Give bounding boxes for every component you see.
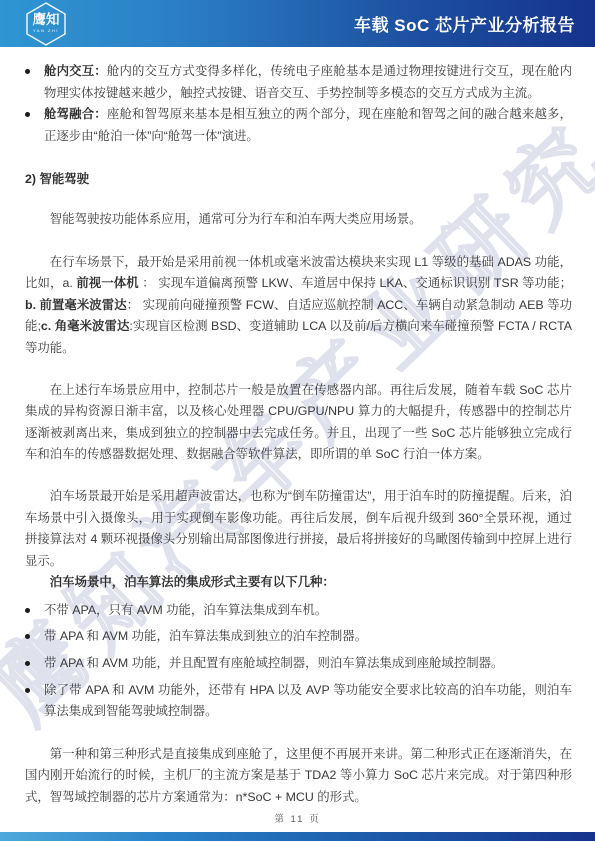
bullet-icon [25,61,44,74]
text-run: 带 APA 和 AVM 功能，并且配置有座舱域控制器，则泊车算法集成到座舱域控制… [44,656,503,670]
hexagon-logo-icon: 鹰知 YAN ZHI [20,2,72,46]
list-item: 舱内交互：舱内的交互方式变得多样化，传统电子座舱基本是通过物理按键进行交互，现在… [25,61,572,104]
text-run: 在上述行车场景应用中，控制芯片一般是放置在传感器内部。再往后发展，随着车载 So… [25,383,572,462]
bold-text-run: b. 前置毫米波雷达 [25,298,127,312]
company-logo: 鹰知 YAN ZHI [20,2,72,46]
list-item: 不带 APA，只有 AVM 功能，泊车算法集成到车机。 [25,600,572,622]
list-item-text: 除了带 APA 和 AVM 功能外，还带有 HPA 以及 AVP 等功能安全要求… [44,680,572,723]
list-item-text: 带 APA 和 AVM 功能，并且配置有座舱域控制器，则泊车算法集成到座舱域控制… [44,653,572,675]
list-item: 舱驾融合：座舱和智驾原来基本是相互独立的两个部分，现在座舱和智驾之间的融合越来越… [25,104,572,147]
text-run: 舱内的交互方式变得多样化，传统电子座舱基本是通过物理按键进行交互，现在舱内物理实… [44,64,572,100]
list-item: 带 APA 和 AVM 功能，并且配置有座舱域控制器，则泊车算法集成到座舱域控制… [25,653,572,675]
paragraph: 泊车场景中，泊车算法的集成形式主要有以下几种： [25,572,572,594]
bold-text-run: 2) 智能驾驶 [25,172,89,186]
bold-text-run: 泊车场景中，泊车算法的集成形式主要有以下几种： [50,575,335,589]
bold-text-run: 前视一体机 [76,276,138,290]
paragraph: 在行车场景下，最开始是采用前视一体机或毫米波雷达模块来实现 L1 等级的基础 A… [25,252,572,360]
list-item: 带 APA 和 AVM 功能，泊车算法集成到独立的泊车控制器。 [25,626,572,648]
list-item-text: 舱内交互：舱内的交互方式变得多样化，传统电子座舱基本是通过物理按键进行交互，现在… [44,61,572,104]
bullet-list: 舱内交互：舱内的交互方式变得多样化，传统电子座舱基本是通过物理按键进行交互，现在… [25,61,572,147]
list-item-text: 舱驾融合：座舱和智驾原来基本是相互独立的两个部分，现在座舱和智驾之间的融合越来越… [44,104,572,147]
paragraph: 智能驾驶按功能体系应用，通常可分为行车和泊车两大类应用场景。 [25,209,572,231]
bold-text-run: c. 角毫米波雷达 [41,319,130,333]
page-number: 第 11 页 [0,811,595,825]
text-run: 泊车场景最开始是采用超声波雷达，也称为“倒车防撞雷达”，用于泊车时的防撞提醒。后… [25,489,572,568]
list-item: 除了带 APA 和 AVM 功能外，还带有 HPA 以及 AVP 等功能安全要求… [25,680,572,723]
bold-text-run: 舱内交互： [44,64,107,78]
list-item-text: 不带 APA，只有 AVM 功能，泊车算法集成到车机。 [44,600,572,622]
text-run: 座舱和智驾原来基本是相互独立的两个部分，现在座舱和智驾之间的融合越来越多，正逐步… [44,107,572,143]
logo-text: 鹰知 [33,11,60,27]
text-run: 智能驾驶按功能体系应用，通常可分为行车和泊车两大类应用场景。 [50,212,422,226]
text-run: 第一种和第三种形式是直接集成到座舱了，这里便不再展开来讲。第二种形式正在逐渐消失… [25,747,572,804]
paragraph: 泊车场景最开始是采用超声波雷达，也称为“倒车防撞雷达”，用于泊车时的防撞提醒。后… [25,486,572,572]
report-title: 车载 SoC 芯片产业分析报告 [354,11,575,36]
report-header: 鹰知 YAN ZHI 车载 SoC 芯片产业分析报告 [0,0,595,47]
section-heading: 2) 智能驾驶 [25,169,572,191]
text-run: ： 实现车道偏离预警 LKW、车道居中保持 LKA、交通标识识别 TSR 等功能… [139,276,572,290]
paragraph: 在上述行车场景应用中，控制芯片一般是放置在传感器内部。再往后发展，随着车载 So… [25,380,572,466]
bullet-icon [25,626,44,639]
paragraph: 第一种和第三种形式是直接集成到座舱了，这里便不再展开来讲。第二种形式正在逐渐消失… [25,744,572,809]
text-run: 带 APA 和 AVM 功能，泊车算法集成到独立的泊车控制器。 [44,629,367,643]
bullet-icon [25,104,44,117]
document-body: 舱内交互：舱内的交互方式变得多样化，传统电子座舱基本是通过物理按键进行交互，现在… [0,47,595,809]
bullet-icon [25,600,44,613]
bullet-icon [25,653,44,666]
bold-text-run: 舱驾融合： [44,107,107,121]
text-run: 除了带 APA 和 AVM 功能外，还带有 HPA 以及 AVP 等功能安全要求… [44,683,572,719]
text-run: 不带 APA，只有 AVM 功能，泊车算法集成到车机。 [44,603,327,617]
logo-subtext: YAN ZHI [33,28,59,33]
list-item-text: 带 APA 和 AVM 功能，泊车算法集成到独立的泊车控制器。 [44,626,572,648]
footer-bar [0,832,595,841]
bullet-icon [25,680,44,693]
bullet-list: 不带 APA，只有 AVM 功能，泊车算法集成到车机。带 APA 和 AVM 功… [25,600,572,723]
